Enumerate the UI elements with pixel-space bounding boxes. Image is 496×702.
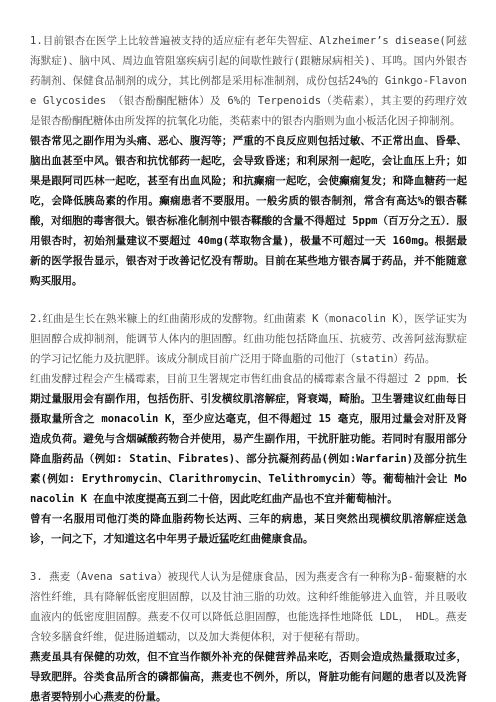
paragraph-red-yeast-citrinin: 红曲发酵过程会产生橘霉素，目前卫生署规定市售红曲食品的橘霉素含量不得超过 2 p…	[30, 369, 467, 509]
paragraph-oat-intro: 3. 燕麦（Avena sativa）被现代人认为是健康食品，因为燕麦含有一种称…	[30, 567, 467, 647]
paragraph-red-yeast-case: 曾有一名服用司他汀类的降血脂药物长达两、三年的病患，某日突然出现横纹肌溶解症送急…	[30, 509, 467, 549]
paragraph-ginkgo-warning: 银杏常见之副作用为头痛、恶心、腹泻等；严重的不良反应则包括过敏、不正常出血、昏晕…	[30, 131, 467, 291]
paragraph-red-yeast-intro: 2.红曲是生长在熟米糠上的红曲菌形成的发酵物。红曲菌素 K（monacolin …	[30, 309, 467, 369]
red-yeast-case-text: 曾有一名服用司他汀类的降血脂药物长达两、三年的病患，某日突然出现横纹肌溶解症送急…	[30, 513, 467, 545]
ginkgo-intro-text: 1.目前银杏在医学上比较普遍被支持的适应症有老年失智症、Alzheimer’s …	[30, 35, 467, 127]
ginkgo-warning-text: 银杏常见之副作用为头痛、恶心、腹泻等；严重的不良反应则包括过敏、不正常出血、昏晕…	[30, 135, 467, 287]
red-yeast-citrinin-limit-text: 红曲发酵过程会产生橘霉素，目前卫生署规定市售红曲食品的橘霉素含量不得超过 2 p…	[30, 373, 457, 385]
paragraph-oat-warning: 燕麦虽具有保健的功效，但不宜当作额外补充的保健营养品来吃，否则会造成热量摄取过多…	[30, 647, 467, 702]
red-yeast-intro-text: 2.红曲是生长在熟米糠上的红曲菌形成的发酵物。红曲菌素 K（monacolin …	[30, 313, 467, 365]
paragraph-ginkgo-intro: 1.目前银杏在医学上比较普遍被支持的适应症有老年失智症、Alzheimer’s …	[30, 31, 467, 131]
oat-warning-text: 燕麦虽具有保健的功效，但不宜当作额外补充的保健营养品来吃，否则会造成热量摄取过多…	[30, 651, 467, 702]
red-yeast-citrinin-warning-text: 长期过量服用会有副作用，包括伤肝、引发横纹肌溶解症，肾衰竭，畸胎。卫生署建议红曲…	[30, 373, 467, 505]
document-page: 1.目前银杏在医学上比较普遍被支持的适应症有老年失智症、Alzheimer’s …	[0, 0, 496, 702]
oat-intro-text: 3. 燕麦（Avena sativa）被现代人认为是健康食品，因为燕麦含有一种称…	[30, 571, 467, 643]
